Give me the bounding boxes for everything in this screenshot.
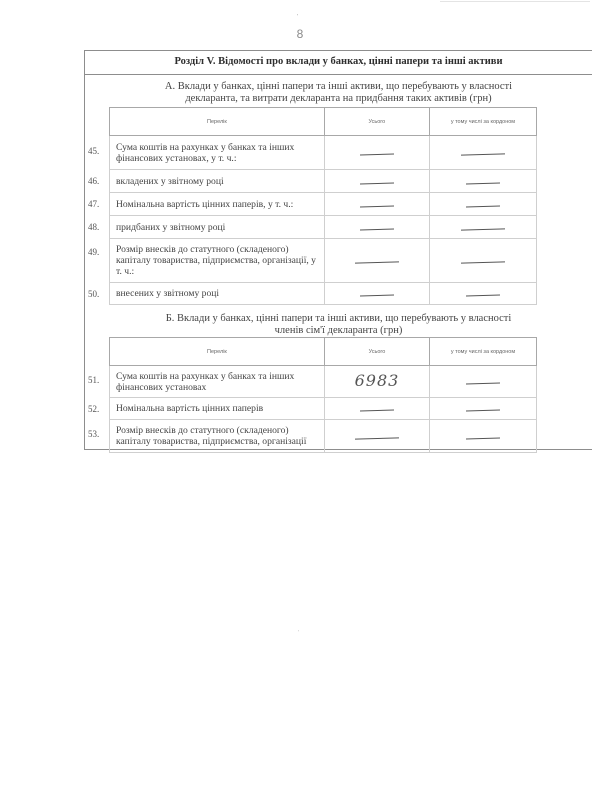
dash-mark [360,228,394,230]
header-total: Усього [324,338,429,366]
table-row: 52.Номінальна вартість цінних паперів [110,398,537,420]
dash-mark [360,205,394,207]
row-total [324,283,429,305]
dash-mark [360,295,394,297]
row-abroad [429,239,536,283]
part-b-table: Перелік Усього у тому числі за кордоном … [109,337,537,453]
dash-mark [355,437,399,439]
page-number: 8 [297,27,304,41]
row-abroad [429,283,536,305]
table-row: 53.Розмір внесків до статутного (складен… [110,420,537,453]
handwritten-value: 6983 [355,371,400,390]
dash-mark [466,410,500,412]
row-total [324,193,429,216]
row-total [324,239,429,283]
dash-mark [466,182,500,184]
row-total: 6983 [324,366,429,398]
scan-mark: ' [298,630,299,636]
row-total [324,216,429,239]
dash-mark [466,383,500,385]
table-row: 45.Сума коштів на рахунках у банках та і… [110,136,537,170]
dash-mark [360,154,394,156]
row-label: Номінальна вартість цінних паперів [116,403,263,414]
table-row: 46.вкладених у звітному році [110,170,537,193]
row-number: 53. [88,429,99,440]
row-label: придбаних у звітному році [116,222,225,233]
row-number: 49. [88,247,99,258]
row-total [324,170,429,193]
dash-mark [466,295,500,297]
row-number: 46. [88,176,99,187]
dash-mark [461,261,505,263]
row-total [324,136,429,170]
table-row: 48.придбаних у звітному році [110,216,537,239]
dash-mark [461,228,505,230]
row-number: 45. [88,146,99,157]
row-number: 52. [88,404,99,415]
header-abroad: у тому числі за кордоном [429,108,536,136]
row-number: 48. [88,222,99,233]
row-label: Сума коштів на рахунках у банках та інши… [116,371,294,393]
row-abroad [430,420,537,453]
table-row: 49.Розмір внесків до статутного (складен… [110,239,537,283]
header-total: Усього [324,108,429,136]
table-row: 47.Номінальна вартість цінних паперів, у… [110,193,537,216]
part-a-title-line2: декларанта, та витрати декларанта на при… [115,93,562,105]
dash-mark [466,205,500,207]
section-title: Розділ V. Відомості про вклади у банках,… [85,51,592,75]
header-list: Перелік [110,108,325,136]
part-a-title: А. Вклади у банках, цінні папери та інші… [85,81,592,105]
row-label: Сума коштів на рахунках у банках та інши… [116,142,294,164]
dash-mark [461,153,505,155]
part-b-title: Б. Вклади у банках, цінні папери та інші… [85,313,592,337]
row-label: вкладених у звітному році [116,176,224,187]
row-label: внесених у звітному році [116,288,219,299]
row-number: 47. [88,199,99,210]
table-row: 50.внесених у звітному році [110,283,537,305]
dash-mark [355,261,399,263]
scan-mark: ' [297,14,298,20]
dash-mark [360,410,394,412]
header-abroad: у тому числі за кордоном [430,338,537,366]
header-list: Перелік [110,338,325,366]
section-frame: Розділ V. Відомості про вклади у банках,… [84,50,592,450]
row-abroad [429,216,536,239]
dash-mark [466,437,500,439]
part-b-title-line1: Б. Вклади у банках, цінні папери та інші… [115,313,562,325]
row-number: 50. [88,289,99,300]
row-abroad [429,170,536,193]
table-row: 51.Сума коштів на рахунках у банках та і… [110,366,537,398]
part-a-table: Перелік Усього у тому числі за кордоном … [109,107,537,305]
part-a-title-line1: А. Вклади у банках, цінні папери та інші… [115,81,562,93]
row-abroad [430,398,537,420]
row-label: Номінальна вартість цінних паперів, у т.… [116,199,293,210]
dash-mark [360,182,394,184]
row-label: Розмір внесків до статутного (складеного… [116,425,306,447]
row-abroad [429,136,536,170]
row-abroad [430,366,537,398]
row-label: Розмір внесків до статутного (складеного… [116,244,316,277]
row-total [324,420,429,453]
row-abroad [429,193,536,216]
row-total [324,398,429,420]
row-number: 51. [88,375,99,386]
part-b-title-line2: членів сім'ї декларанта (грн) [115,325,562,337]
scan-artifact-line [440,1,590,2]
